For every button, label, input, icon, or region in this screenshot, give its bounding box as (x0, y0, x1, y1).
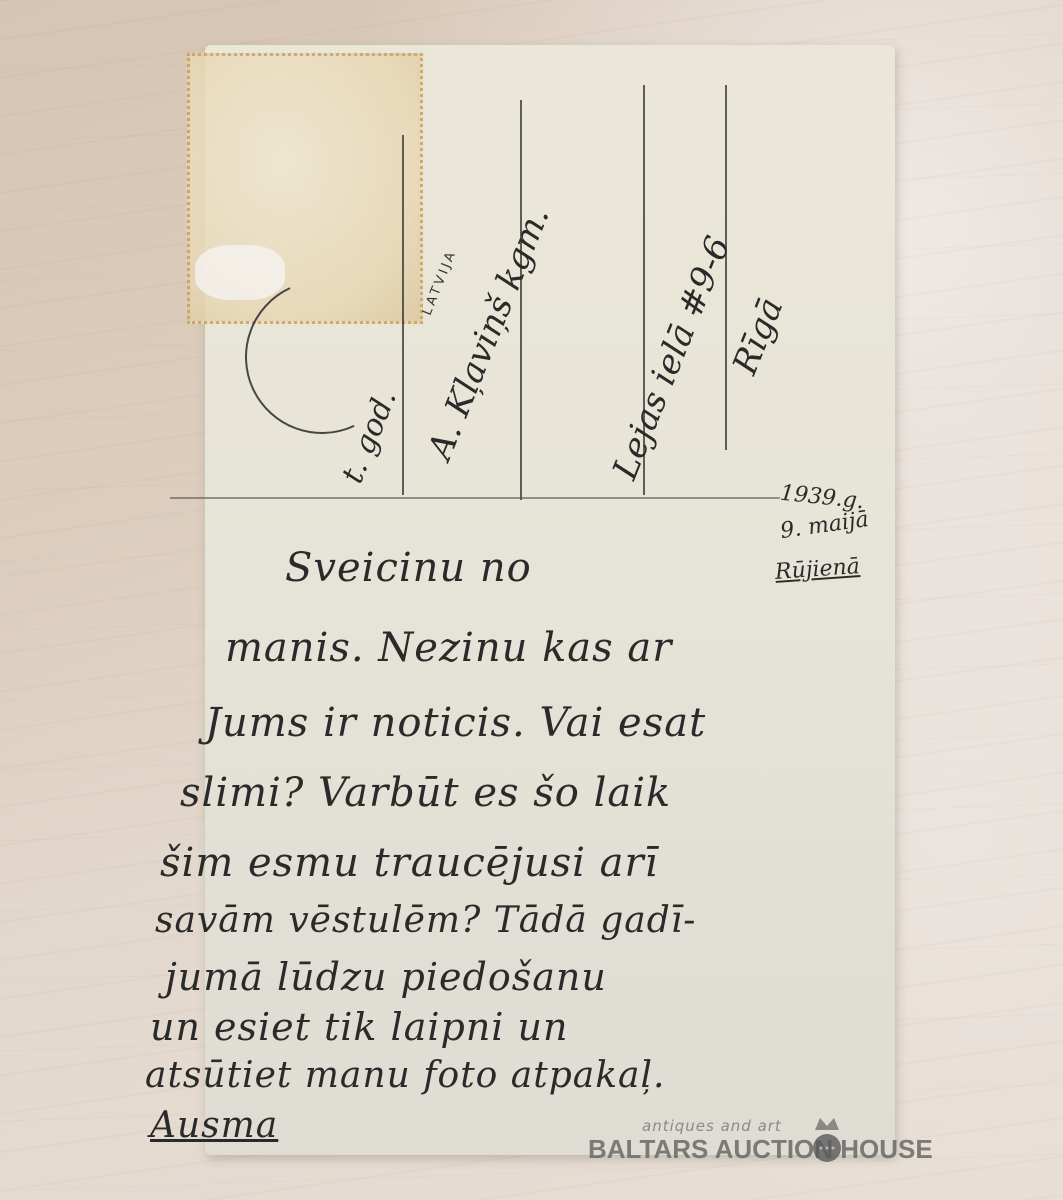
message-line-4: slimi? Varbūt es šo laik (180, 770, 671, 816)
message-line-3: Jums ir noticis. Vai esat (205, 700, 706, 746)
message-line-6: savām vēstulēm? Tādā gadī- (155, 900, 696, 941)
divider-line (170, 497, 780, 499)
message-line-2: manis. Nezinu kas ar (225, 625, 672, 671)
stamp-fade-spot (195, 245, 285, 300)
signature: Ausma (150, 1105, 278, 1146)
message-line-1: Sveicinu no (285, 545, 532, 591)
message-line-9: atsūtiet manu foto atpakaļ. (145, 1055, 665, 1096)
message-line-8: un esiet tik laipni un (150, 1005, 568, 1049)
watermark-subtitle: antiques and art (642, 1117, 782, 1135)
postcard: LATVIJA t. god. A. Kļaviņš kgm. Lejas ie… (205, 45, 895, 1155)
address-rule-1 (402, 135, 404, 495)
message-line-7: jumā lūdzu piedošanu (165, 955, 607, 999)
message-line-5: šim esmu traucējusi arī (160, 840, 658, 886)
watermark-title: BALTARS AUCTION HOUSE (588, 1134, 933, 1165)
crown-logo-icon (812, 1112, 842, 1164)
